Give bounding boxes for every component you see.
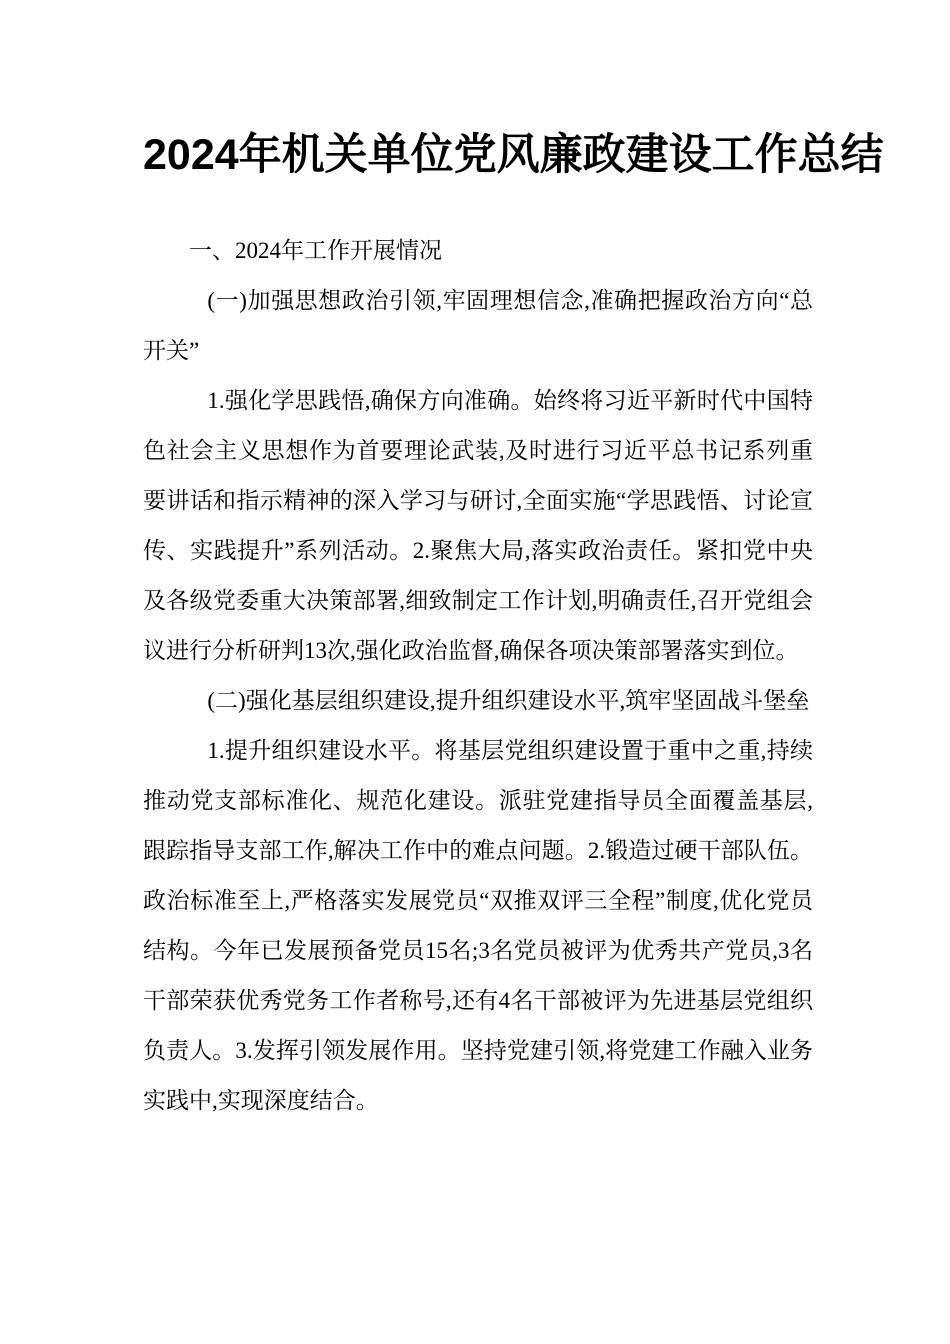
section-heading: 一、2024年工作开展情况 (143, 226, 813, 276)
document-body: 一、2024年工作开展情况(一)加强思想政治引领,牢固理想信念,准确把握政治方向… (143, 226, 813, 1126)
paragraph: 1.提升组织建设水平。将基层党组织建设置于重中之重,持续推动党支部标准化、规范化… (143, 726, 813, 1126)
document-page: 2024年机关单位党风廉政建设工作总结 一、2024年工作开展情况(一)加强思想… (0, 0, 950, 1344)
section-heading: (一)加强思想政治引领,牢固理想信念,准确把握政治方向“总开关” (143, 276, 813, 376)
document-title: 2024年机关单位党风廉政建设工作总结 (143, 125, 813, 185)
section-heading: (二)强化基层组织建设,提升组织建设水平,筑牢坚固战斗堡垒 (143, 676, 813, 726)
paragraph: 1.强化学思践悟,确保方向准确。始终将习近平新时代中国特色社会主义思想作为首要理… (143, 376, 813, 676)
